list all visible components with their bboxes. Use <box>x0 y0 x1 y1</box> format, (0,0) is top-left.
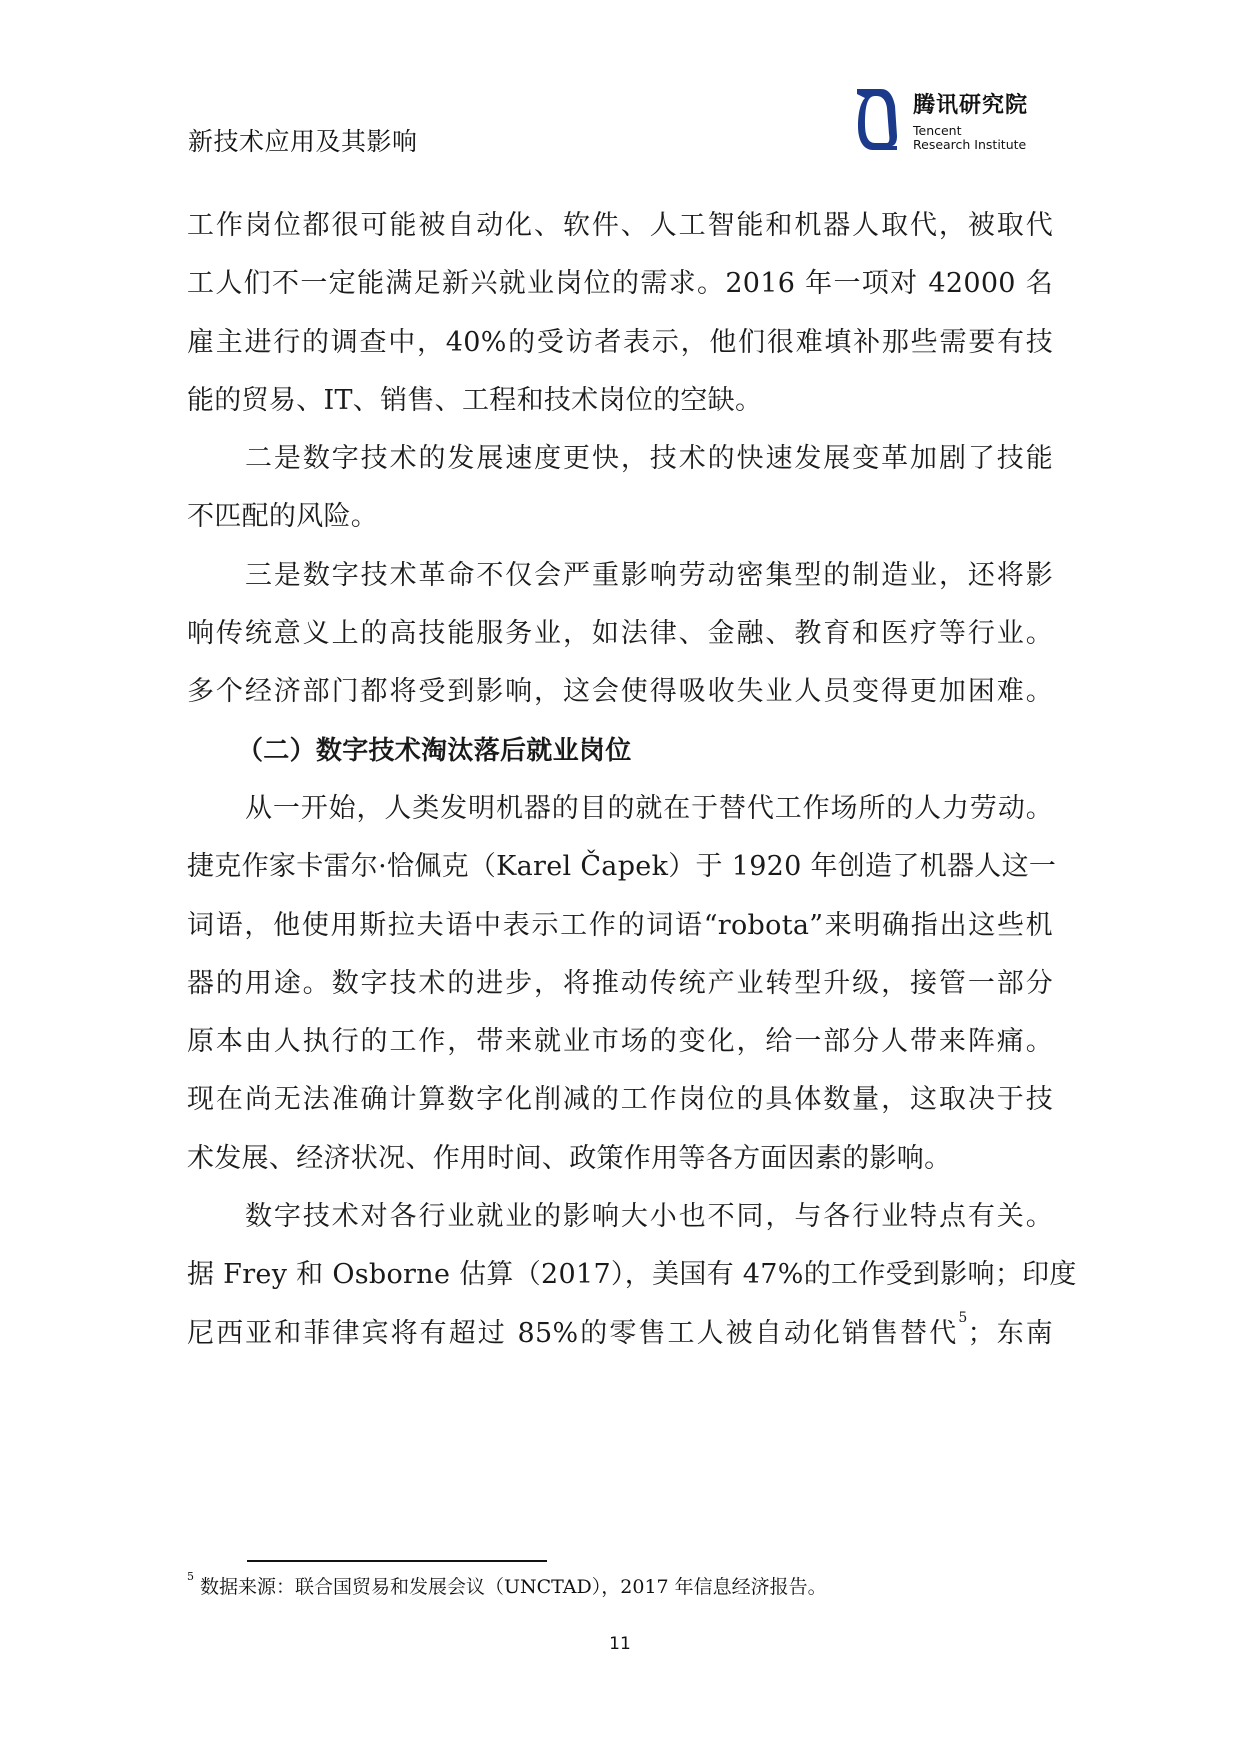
footnote-divider <box>247 1560 547 1562</box>
section-heading: （二）数字技术淘汰落后就业岗位 <box>187 722 1053 780</box>
tencent-research-institute-logo: 腾讯研究院 Tencent Research Institute <box>855 86 1055 158</box>
running-header-title: 新技术应用及其影响 <box>188 122 418 158</box>
paragraph-line: 据 Frey 和 Osborne 估算（2017），美国有 47%的工作受到影响… <box>187 1246 1053 1304</box>
paragraph-line: 工人们不一定能满足新兴就业岗位的需求。2016 年一项对 42000 名 <box>187 255 1053 313</box>
paragraph-line: 捷克作家卡雷尔·恰佩克（Karel Čapek）于 1920 年创造了机器人这一 <box>187 838 1053 896</box>
paragraph-line: 二是数字技术的发展速度更快，技术的快速发展变革加剧了技能 <box>187 430 1053 488</box>
paragraph-line: 多个经济部门都将受到影响，这会使得吸收失业人员变得更加困难。 <box>187 663 1053 721</box>
paragraph-line: 原本由人执行的工作，带来就业市场的变化，给一部分人带来阵痛。 <box>187 1013 1053 1071</box>
paragraph-line: 从一开始，人类发明机器的目的就在于替代工作场所的人力劳动。 <box>187 780 1053 838</box>
footnote-number: 5 <box>187 1570 194 1583</box>
tencent-research-logo-icon <box>855 86 899 152</box>
paragraph-line: 工作岗位都很可能被自动化、软件、人工智能和机器人取代，被取代 <box>187 197 1053 255</box>
page-number: 11 <box>0 1634 1240 1654</box>
paragraph-line: 现在尚无法准确计算数字化削减的工作岗位的具体数量，这取决于技 <box>187 1071 1053 1129</box>
paragraph-line: 数字技术对各行业就业的影响大小也不同，与各行业特点有关。 <box>187 1188 1053 1246</box>
paragraph-line: 响传统意义上的高技能服务业，如法律、金融、教育和医疗等行业。 <box>187 605 1053 663</box>
paragraph-line: 器的用途。数字技术的进步，将推动传统产业转型升级，接管一部分 <box>187 955 1053 1013</box>
paragraph-text: 尼西亚和菲律宾将有超过 85%的零售工人被自动化销售替代 <box>187 1318 958 1349</box>
paragraph-line: 不匹配的风险。 <box>187 488 1053 546</box>
paragraph-line: 三是数字技术革命不仅会严重影响劳动密集型的制造业，还将影 <box>187 547 1053 605</box>
footnote-reference[interactable]: 5 <box>958 1310 967 1326</box>
paragraph-line: 能的贸易、IT、销售、工程和技术岗位的空缺。 <box>187 372 1053 430</box>
paragraph-line: 尼西亚和菲律宾将有超过 85%的零售工人被自动化销售替代5；东南 <box>187 1305 1053 1363</box>
body-text: 工作岗位都很可能被自动化、软件、人工智能和机器人取代，被取代 工人们不一定能满足… <box>187 197 1053 1363</box>
logo-name-english: Tencent Research Institute <box>913 124 1026 152</box>
footnote-text: 数据来源：联合国贸易和发展会议（UNCTAD），2017 年信息经济报告。 <box>200 1576 827 1598</box>
paragraph-line: 雇主进行的调查中，40%的受访者表示，他们很难填补那些需要有技 <box>187 314 1053 372</box>
logo-name-english-line1: Tencent <box>913 124 1026 138</box>
paragraph-text: ；东南 <box>968 1318 1053 1349</box>
footnote: 5数据来源：联合国贸易和发展会议（UNCTAD），2017 年信息经济报告。 <box>187 1572 827 1599</box>
logo-name-chinese: 腾讯研究院 <box>913 88 1028 119</box>
logo-name-english-line2: Research Institute <box>913 138 1026 152</box>
paragraph-line: 词语，他使用斯拉夫语中表示工作的词语“robota”来明确指出这些机 <box>187 897 1053 955</box>
paragraph-line: 术发展、经济状况、作用时间、政策作用等各方面因素的影响。 <box>187 1130 1053 1188</box>
